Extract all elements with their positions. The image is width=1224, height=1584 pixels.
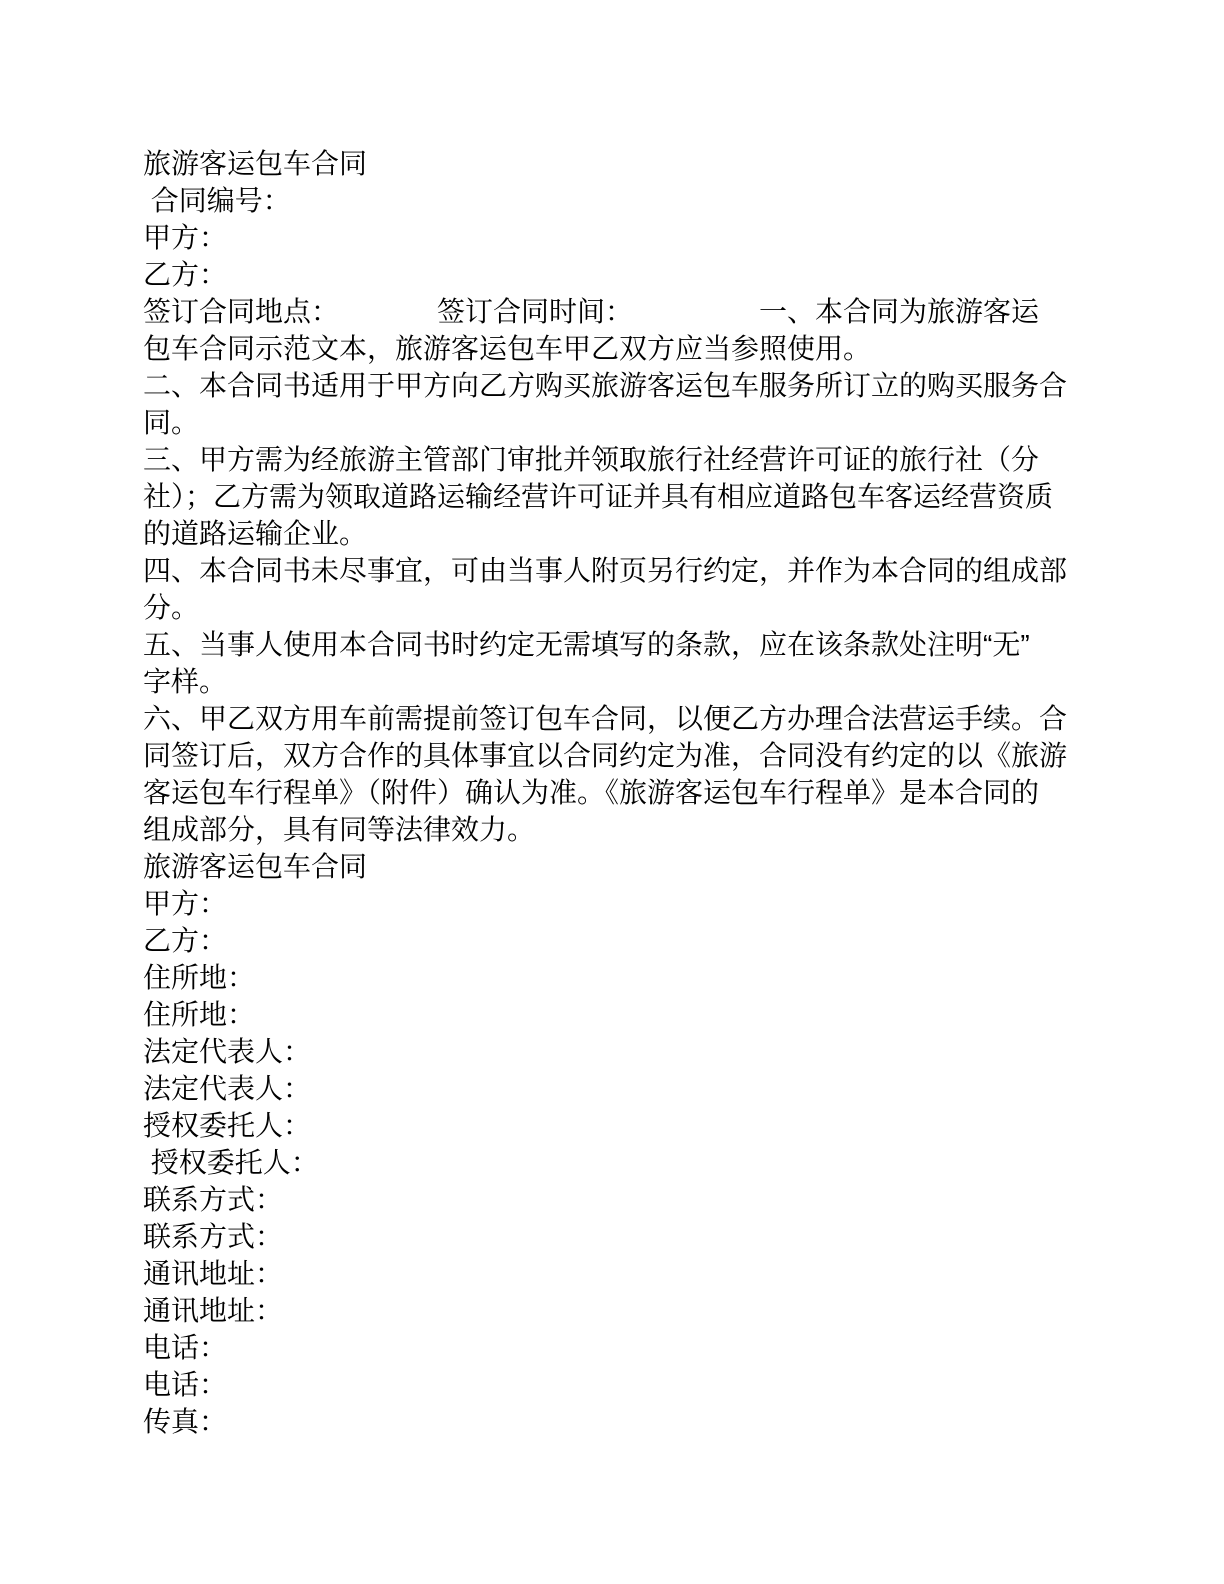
text-line: 旅游客运包车合同: [143, 848, 1088, 885]
text-line: 四、本合同书未尽事宜，可由当事人附页另行约定，并作为本合同的组成部: [143, 552, 1088, 589]
text-line: 客运包车行程单》（附件）确认为准。《旅游客运包车行程单》是本合同的: [143, 774, 1088, 811]
contract-page: 旅游客运包车合同 合同编号：甲方：乙方：签订合同地点： 签订合同时间： 一、本合…: [0, 0, 1224, 1584]
text-line: 社）；乙方需为领取道路运输经营许可证并具有相应道路包车客运经营资质: [143, 478, 1088, 515]
text-line: 电话：: [143, 1329, 1088, 1366]
text-line: 组成部分，具有同等法律效力。: [143, 811, 1088, 848]
text-line: 联系方式：: [143, 1181, 1088, 1218]
text-line: 住所地：: [143, 959, 1088, 996]
text-line: 分。: [143, 589, 1088, 626]
text-line: 住所地：: [143, 996, 1088, 1033]
text-line: 通讯地址：: [143, 1255, 1088, 1292]
text-line: 法定代表人：: [143, 1033, 1088, 1070]
text-line: 通讯地址：: [143, 1292, 1088, 1329]
text-line: 乙方：: [143, 922, 1088, 959]
text-line: 五、当事人使用本合同书时约定无需填写的条款，应在该条款处注明“无”: [143, 626, 1088, 663]
text-line: 的道路运输企业。: [143, 515, 1088, 552]
text-line: 联系方式：: [143, 1218, 1088, 1255]
text-line: 旅游客运包车合同: [143, 145, 1088, 182]
contract-text-block: 旅游客运包车合同 合同编号：甲方：乙方：签订合同地点： 签订合同时间： 一、本合…: [143, 145, 1088, 1440]
text-line: 授权委托人：: [143, 1107, 1088, 1144]
text-line: 三、甲方需为经旅游主管部门审批并领取旅行社经营许可证的旅行社（分: [143, 441, 1088, 478]
text-line: 传真：: [143, 1403, 1088, 1440]
text-line: 二、本合同书适用于甲方向乙方购买旅游客运包车服务所订立的购买服务合: [143, 367, 1088, 404]
text-line: 包车合同示范文本，旅游客运包车甲乙双方应当参照使用。: [143, 330, 1088, 367]
text-line: 甲方：: [143, 219, 1088, 256]
text-line: 六、甲乙双方用车前需提前签订包车合同，以便乙方办理合法营运手续。合: [143, 700, 1088, 737]
text-line: 合同编号：: [143, 182, 1088, 219]
text-line: 电话：: [143, 1366, 1088, 1403]
text-line: 乙方：: [143, 256, 1088, 293]
text-line: 授权委托人：: [143, 1144, 1088, 1181]
text-line: 法定代表人：: [143, 1070, 1088, 1107]
text-line: 字样。: [143, 663, 1088, 700]
text-line: 同签订后，双方合作的具体事宜以合同约定为准，合同没有约定的以《旅游: [143, 737, 1088, 774]
text-line: 同。: [143, 404, 1088, 441]
text-line: 甲方：: [143, 885, 1088, 922]
text-line: 签订合同地点： 签订合同时间： 一、本合同为旅游客运: [143, 293, 1088, 330]
